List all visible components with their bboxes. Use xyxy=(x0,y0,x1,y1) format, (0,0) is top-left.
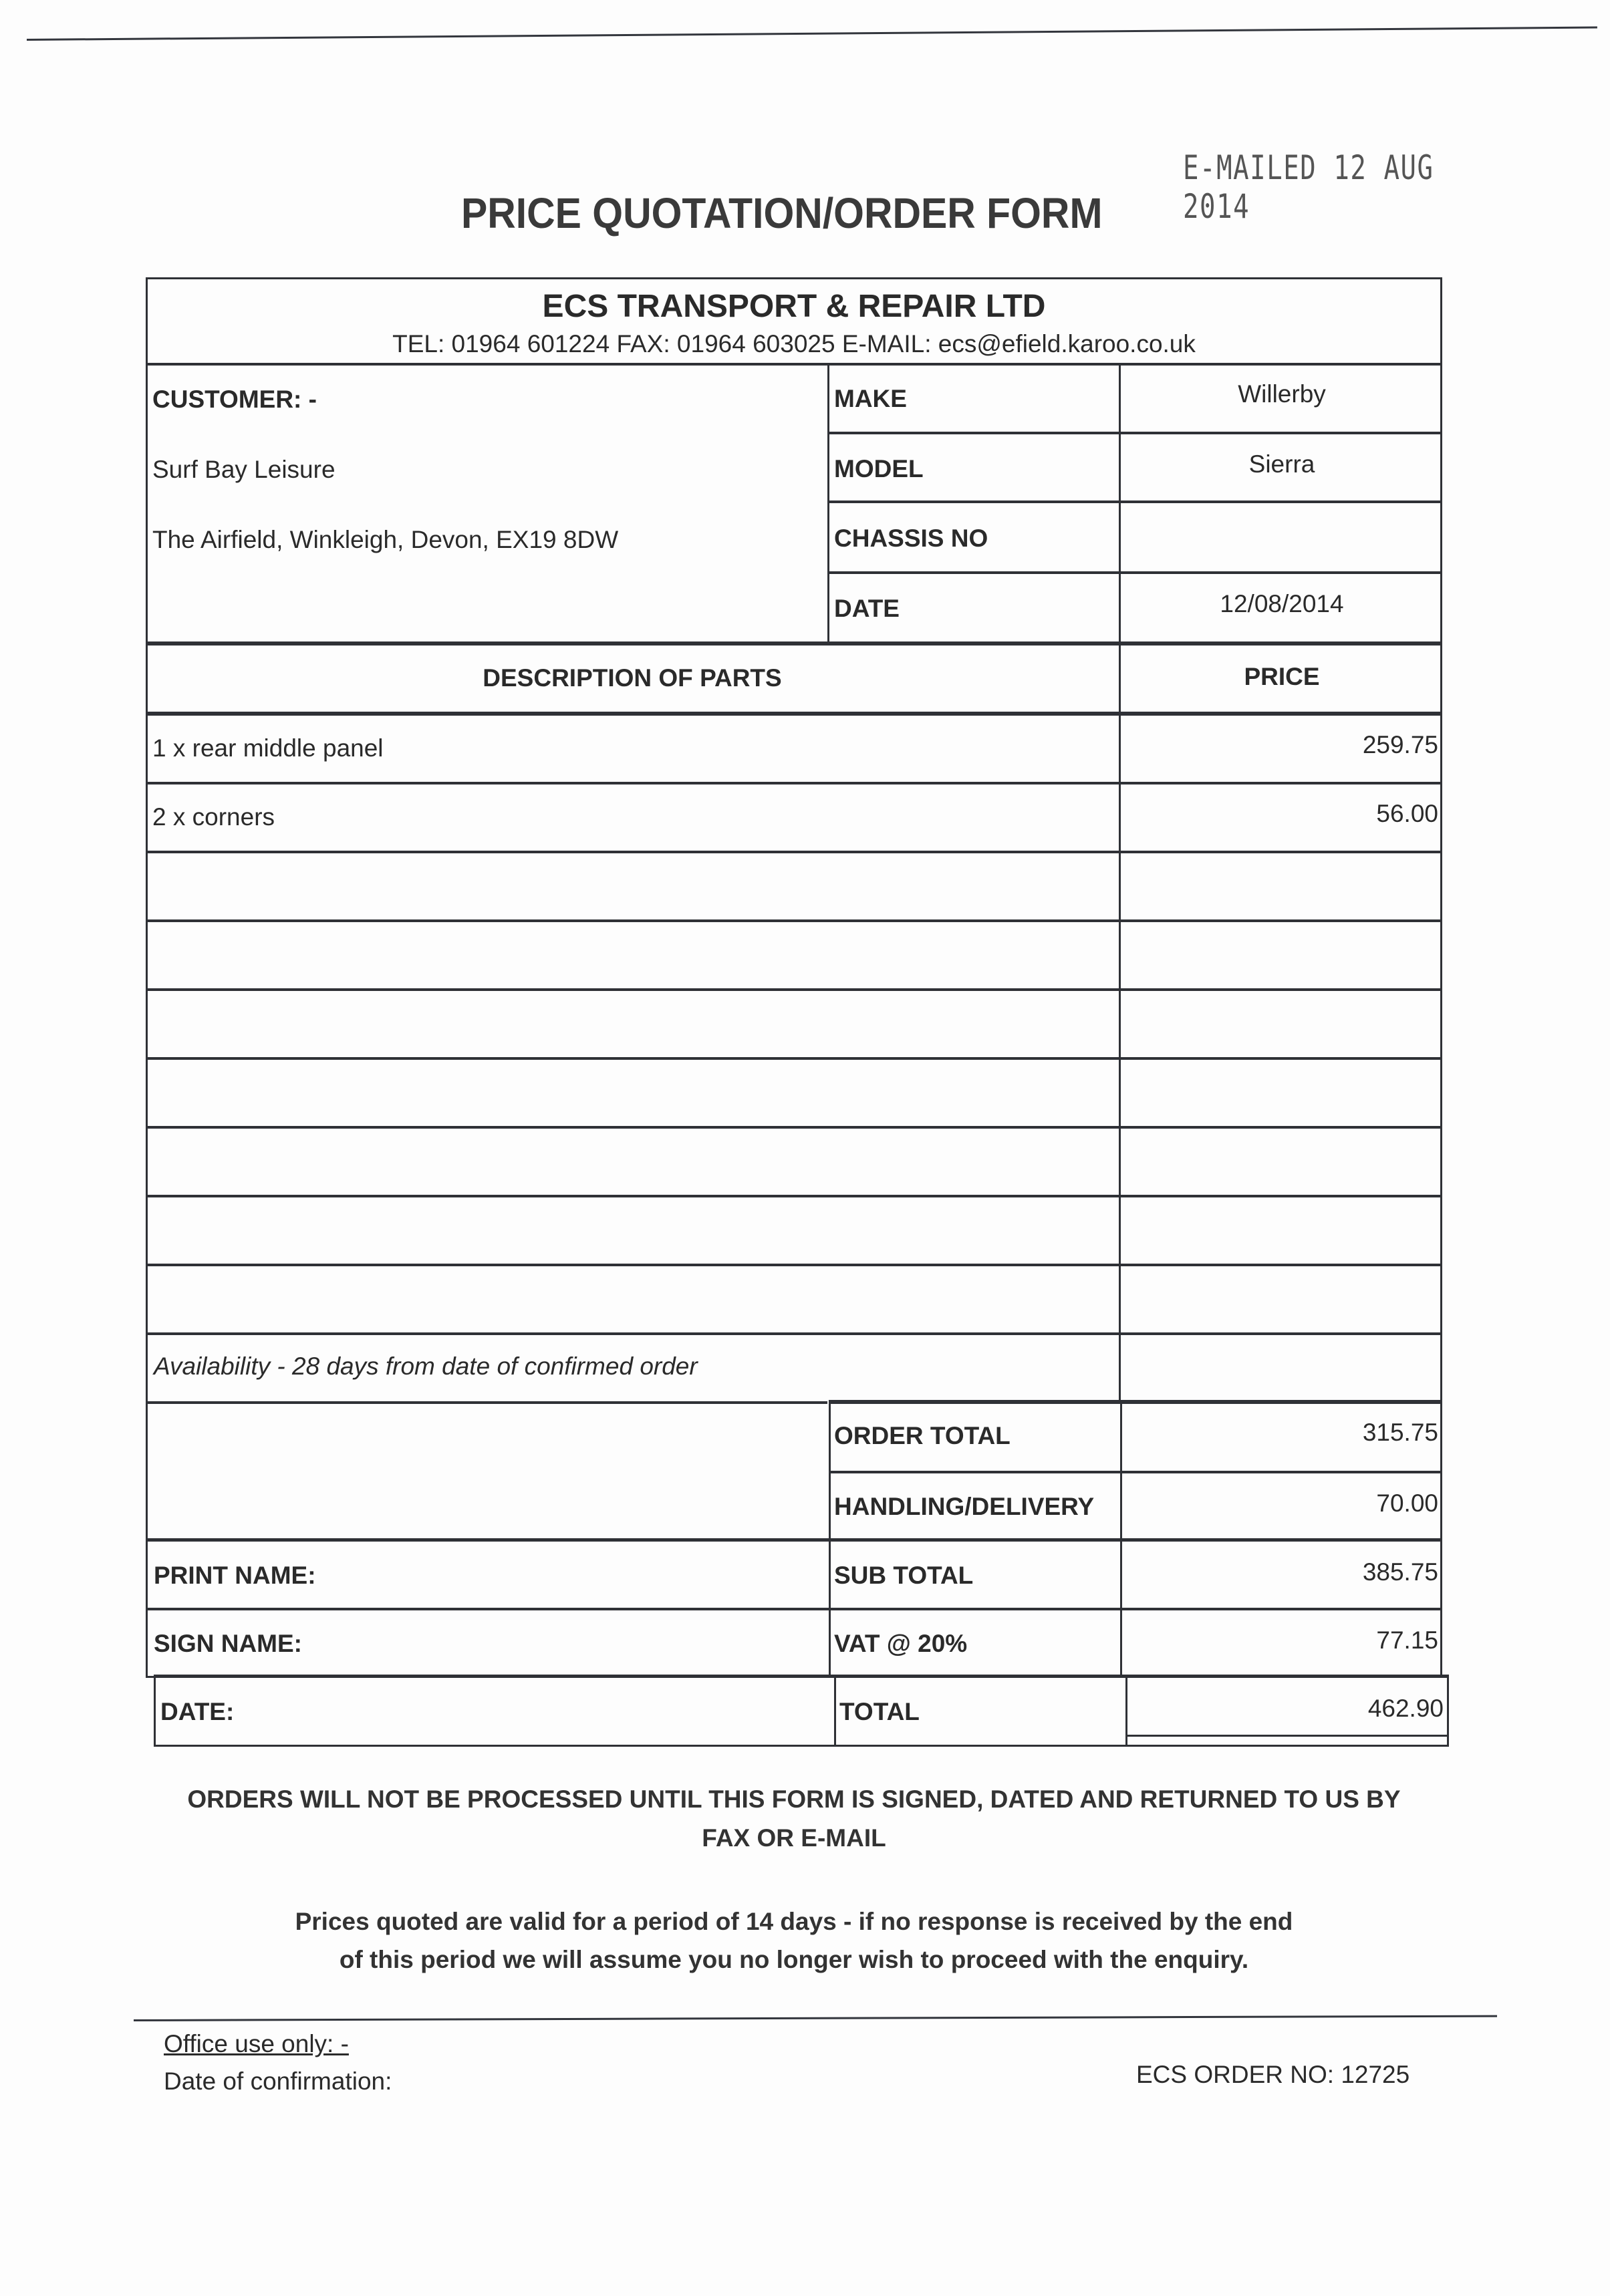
model-label: MODEL xyxy=(834,434,1115,503)
part-price[interactable]: 56.00 xyxy=(1123,784,1442,843)
customer-name[interactable]: Surf Bay Leisure xyxy=(152,434,821,505)
part-price[interactable] xyxy=(1123,1059,1442,1119)
part-price[interactable] xyxy=(1123,921,1442,981)
handling-value: 70.00 xyxy=(1123,1473,1442,1534)
make-label: MAKE xyxy=(834,364,1115,433)
part-description[interactable] xyxy=(152,990,1115,1056)
part-price[interactable] xyxy=(1123,1128,1442,1187)
availability-note: Availability - 28 days from date of conf… xyxy=(154,1333,1116,1400)
company-name: ECS TRANSPORT & REPAIR LTD xyxy=(146,283,1442,329)
office-divider xyxy=(134,2015,1497,2021)
customer-label: CUSTOMER: - xyxy=(152,364,821,434)
company-contact: TEL: 01964 601224 FAX: 01964 603025 E-MA… xyxy=(146,325,1442,363)
order-total-value: 315.75 xyxy=(1123,1403,1442,1463)
order-total-label: ORDER TOTAL xyxy=(834,1403,1115,1469)
top-page-rule xyxy=(27,27,1597,41)
divider xyxy=(146,1401,827,1404)
sub-total-value: 385.75 xyxy=(1123,1542,1442,1603)
part-description[interactable] xyxy=(152,1059,1115,1125)
divider xyxy=(154,1675,1449,1678)
total-value: 462.90 xyxy=(1128,1679,1448,1739)
part-price[interactable] xyxy=(1123,1266,1442,1325)
validity-notice-line1: Prices quoted are valid for a period of … xyxy=(146,1908,1442,1936)
part-description[interactable] xyxy=(152,853,1115,919)
sub-total-label: SUB TOTAL xyxy=(834,1542,1115,1610)
part-price[interactable] xyxy=(1123,853,1442,912)
office-use-heading: Office use only: - xyxy=(164,2030,349,2058)
chassis-label: CHASSIS NO xyxy=(834,503,1115,573)
print-name-label: PRINT NAME: xyxy=(154,1542,822,1610)
part-price[interactable]: 259.75 xyxy=(1123,715,1442,774)
vat-label: VAT @ 20% xyxy=(834,1610,1115,1677)
divider xyxy=(834,1676,836,1747)
signature-date-label: DATE: xyxy=(160,1679,829,1745)
vat-value: 77.15 xyxy=(1123,1610,1442,1671)
part-price[interactable] xyxy=(1123,1197,1442,1256)
part-description[interactable] xyxy=(152,1128,1115,1194)
divider xyxy=(1125,1735,1449,1737)
customer-address[interactable]: The Airfield, Winkleigh, Devon, EX19 8DW xyxy=(152,505,821,575)
validity-notice-line2: of this period we will assume you no lon… xyxy=(146,1946,1442,1974)
handling-label: HANDLING/DELIVERY xyxy=(834,1473,1115,1540)
final-row: DATE: TOTAL 462.90 xyxy=(146,1676,1449,1749)
total-label: TOTAL xyxy=(839,1679,1120,1745)
part-description[interactable]: 1 x rear middle panel xyxy=(152,715,1115,781)
price-header: PRICE xyxy=(1121,645,1442,708)
sign-name-label: SIGN NAME: xyxy=(154,1610,822,1677)
orders-notice-line1: ORDERS WILL NOT BE PROCESSED UNTIL THIS … xyxy=(146,1785,1442,1814)
date-value[interactable]: 12/08/2014 xyxy=(1121,574,1442,634)
orders-notice-line2: FAX OR E-MAIL xyxy=(146,1824,1442,1852)
part-description[interactable]: 2 x corners xyxy=(152,784,1115,850)
emailed-stamp: E-MAILED 12 AUG 2014 xyxy=(1183,148,1516,226)
model-value[interactable]: Sierra xyxy=(1121,434,1442,494)
page-title: PRICE QUOTATION/ORDER FORM xyxy=(461,188,1103,238)
part-description[interactable] xyxy=(152,1266,1115,1332)
part-description[interactable] xyxy=(152,921,1115,988)
date-of-confirmation-label: Date of confirmation: xyxy=(164,2067,392,2096)
chassis-value[interactable] xyxy=(1121,503,1442,573)
date-label: DATE xyxy=(834,574,1115,643)
description-header: DESCRIPTION OF PARTS xyxy=(146,645,1119,712)
part-description[interactable] xyxy=(152,1197,1115,1263)
part-price[interactable] xyxy=(1123,990,1442,1050)
divider xyxy=(1119,645,1121,1401)
make-value[interactable]: Willerby xyxy=(1121,364,1442,424)
ecs-order-number: ECS ORDER NO: 12725 xyxy=(1136,2061,1410,2089)
